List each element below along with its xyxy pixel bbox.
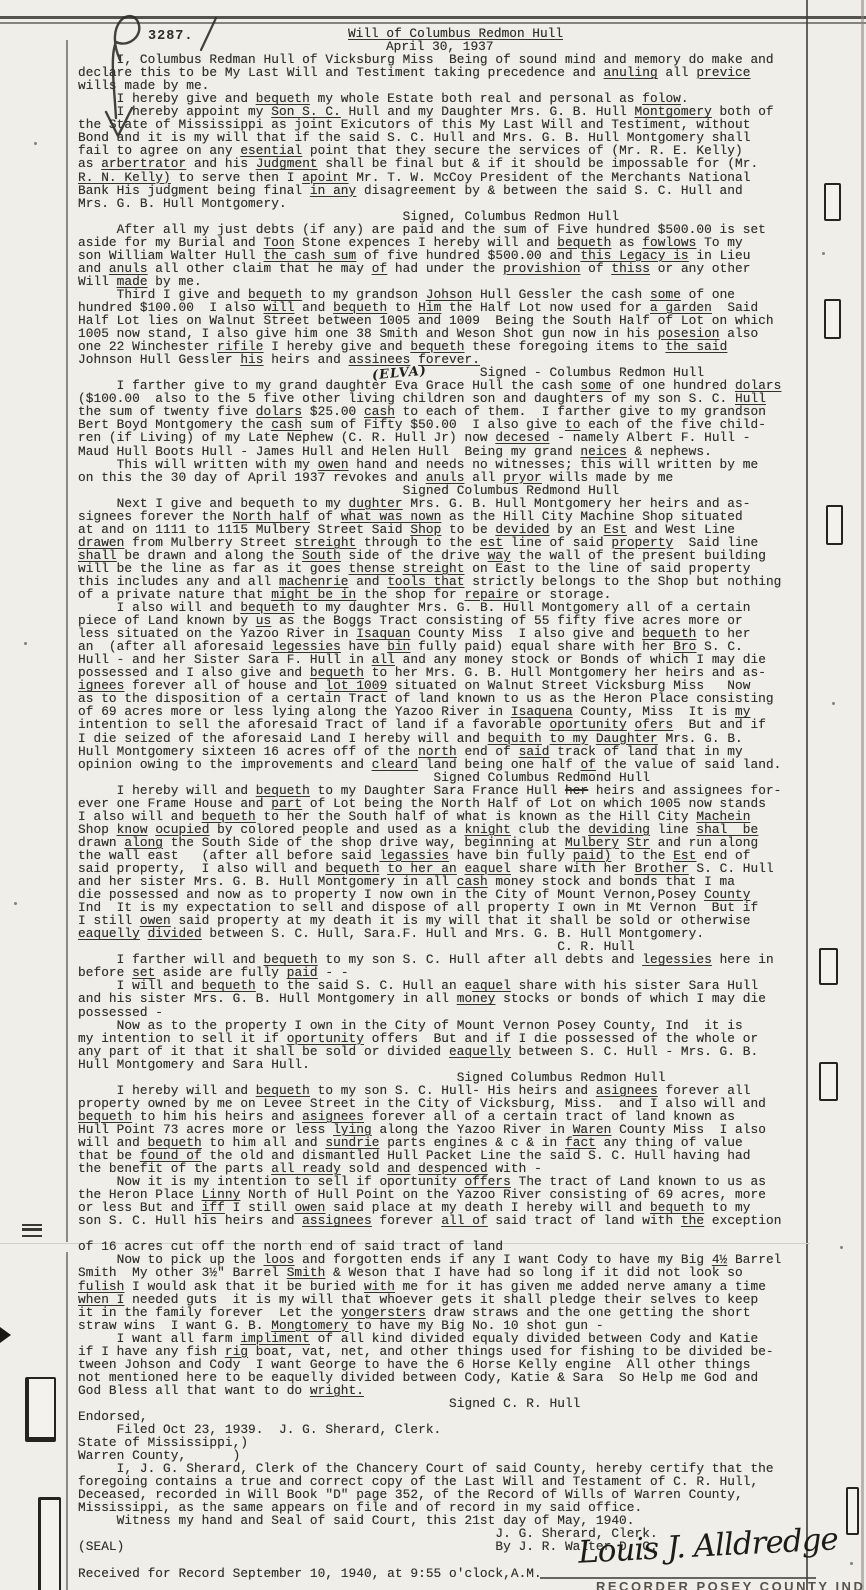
text-line: and his sister Mrs. G. B. Hull Montgomer… <box>78 992 814 1005</box>
text-line: Now as to the property I own in the City… <box>78 1019 814 1032</box>
recorder-stamp: RECORDER POSEY COUNTY IND <box>596 1579 865 1590</box>
staple-mark <box>826 505 843 545</box>
text-line: aside for my Burial and Toon Stone expen… <box>78 236 814 249</box>
ink-speck <box>34 142 37 145</box>
text-line: Maud Hull Boots Hull - James Hull and He… <box>78 445 814 458</box>
document-lines: Will of Columbus Redmon Hull April 30, 1… <box>78 27 814 1580</box>
text-line: God Bless all that want to do wright. <box>78 1384 814 1397</box>
text-line: straw wins I want G. B. Mongtomery to ha… <box>78 1319 814 1332</box>
text-line: R. N. Kelly) to serve then I apoint Mr. … <box>78 171 814 184</box>
left-margin-rule-lower <box>66 1252 68 1590</box>
text-line: Shop know ocupied by colored people and … <box>78 823 814 836</box>
text-line: I want all farm impliment of all kind di… <box>78 1332 814 1345</box>
text-line: son William Walter Hull the cash sum of … <box>78 249 814 262</box>
text-line: After all my just debts (if any) are pai… <box>78 223 814 236</box>
text-line: Signed Columbus Redmon Hull <box>78 1071 814 1084</box>
text-line: Smith My other 3½" Barrel Smith & Weson … <box>78 1266 814 1279</box>
text-line: possessed - <box>78 1006 814 1019</box>
text-line: Hull Montgomery and Sara Hull. <box>78 1058 814 1071</box>
page-edge-shadow <box>861 0 864 1590</box>
text-line: as arbertrator and his Judgment shall be… <box>78 157 814 170</box>
text-line: Signed, Columbus Redmon Hull <box>78 210 814 223</box>
text-line: I hereby will and bequeth to my son S. C… <box>78 1084 814 1097</box>
text-line: on this the 30 day of April 1937 revokes… <box>78 471 814 484</box>
text-line: and anuls all other claim that he may of… <box>78 262 814 275</box>
text-line: intention to sell the aforesaid Tract of… <box>78 718 814 731</box>
text-line: ren (if Living) of my Late Nephew (C. R.… <box>78 431 814 444</box>
text-line: when I needed guts it is my will that wh… <box>78 1293 814 1306</box>
text-line: Signed C. R. Hull <box>78 1397 814 1410</box>
text-line: drawen from Mulberry Street streight thr… <box>78 536 814 549</box>
text-line: Hull Montgomery sixteen 16 acres off of … <box>78 745 814 758</box>
text-line: at and on 1111 to 1115 Mulbery Street Sa… <box>78 523 814 536</box>
text-line: it in the family forever Let the yongers… <box>78 1306 814 1319</box>
text-line: Next I give and bequeth to my dughter Mr… <box>78 497 814 510</box>
text-line: property owned by me on Levee Street in … <box>78 1097 814 1110</box>
margin-hash-mark <box>22 1224 42 1237</box>
text-line: fulish I would ask that it be buried wit… <box>78 1280 814 1293</box>
text-line: I hereby will and bequeth to my Daughter… <box>78 784 814 797</box>
staple-mark <box>38 1497 61 1590</box>
left-margin-rule <box>66 40 68 1242</box>
text-line: bequeth to him his heirs and asignees fo… <box>78 1110 814 1123</box>
ink-speck <box>14 902 17 905</box>
ink-speck <box>822 252 825 255</box>
staple-mark <box>819 948 838 985</box>
staple-mark <box>25 1377 56 1442</box>
staple-mark <box>824 183 841 221</box>
text-line: if I have any fish rig boat, vat, net, a… <box>78 1345 814 1358</box>
ink-speck <box>24 642 27 645</box>
ink-speck <box>832 702 835 705</box>
text-line: opinion owing to the improvements and cl… <box>78 758 814 771</box>
text-line: son S. C. Hull his heirs and assignees f… <box>78 1214 814 1227</box>
scanned-will-page: 3287. Will of Columbus Redmon Hull April… <box>0 0 866 1590</box>
margin-arrow-mark <box>0 1327 11 1343</box>
text-line: not mentioned here to be eaquelly divide… <box>78 1371 814 1384</box>
ink-speck <box>850 1562 853 1565</box>
staple-mark <box>846 1487 859 1535</box>
staple-mark <box>819 1062 838 1101</box>
staple-mark <box>824 299 841 339</box>
text-line: Bank His judgment being final in any dis… <box>78 184 814 197</box>
text-line: any part of it that it shall be sold or … <box>78 1045 814 1058</box>
text-line: my intention to sell it if oportunity of… <box>78 1032 814 1045</box>
text-line: Mrs. G. B. Hull Montgomery. <box>78 197 814 210</box>
ink-speck <box>840 1246 843 1249</box>
text-line: Signed Columbus Redmond Hull <box>78 771 814 784</box>
text-line: Signed Columbus Redmond Hull <box>78 484 814 497</box>
text-line: signees forever the North half of what w… <box>78 510 814 523</box>
text-line: tween Johson and Cody I want George to h… <box>78 1358 814 1371</box>
